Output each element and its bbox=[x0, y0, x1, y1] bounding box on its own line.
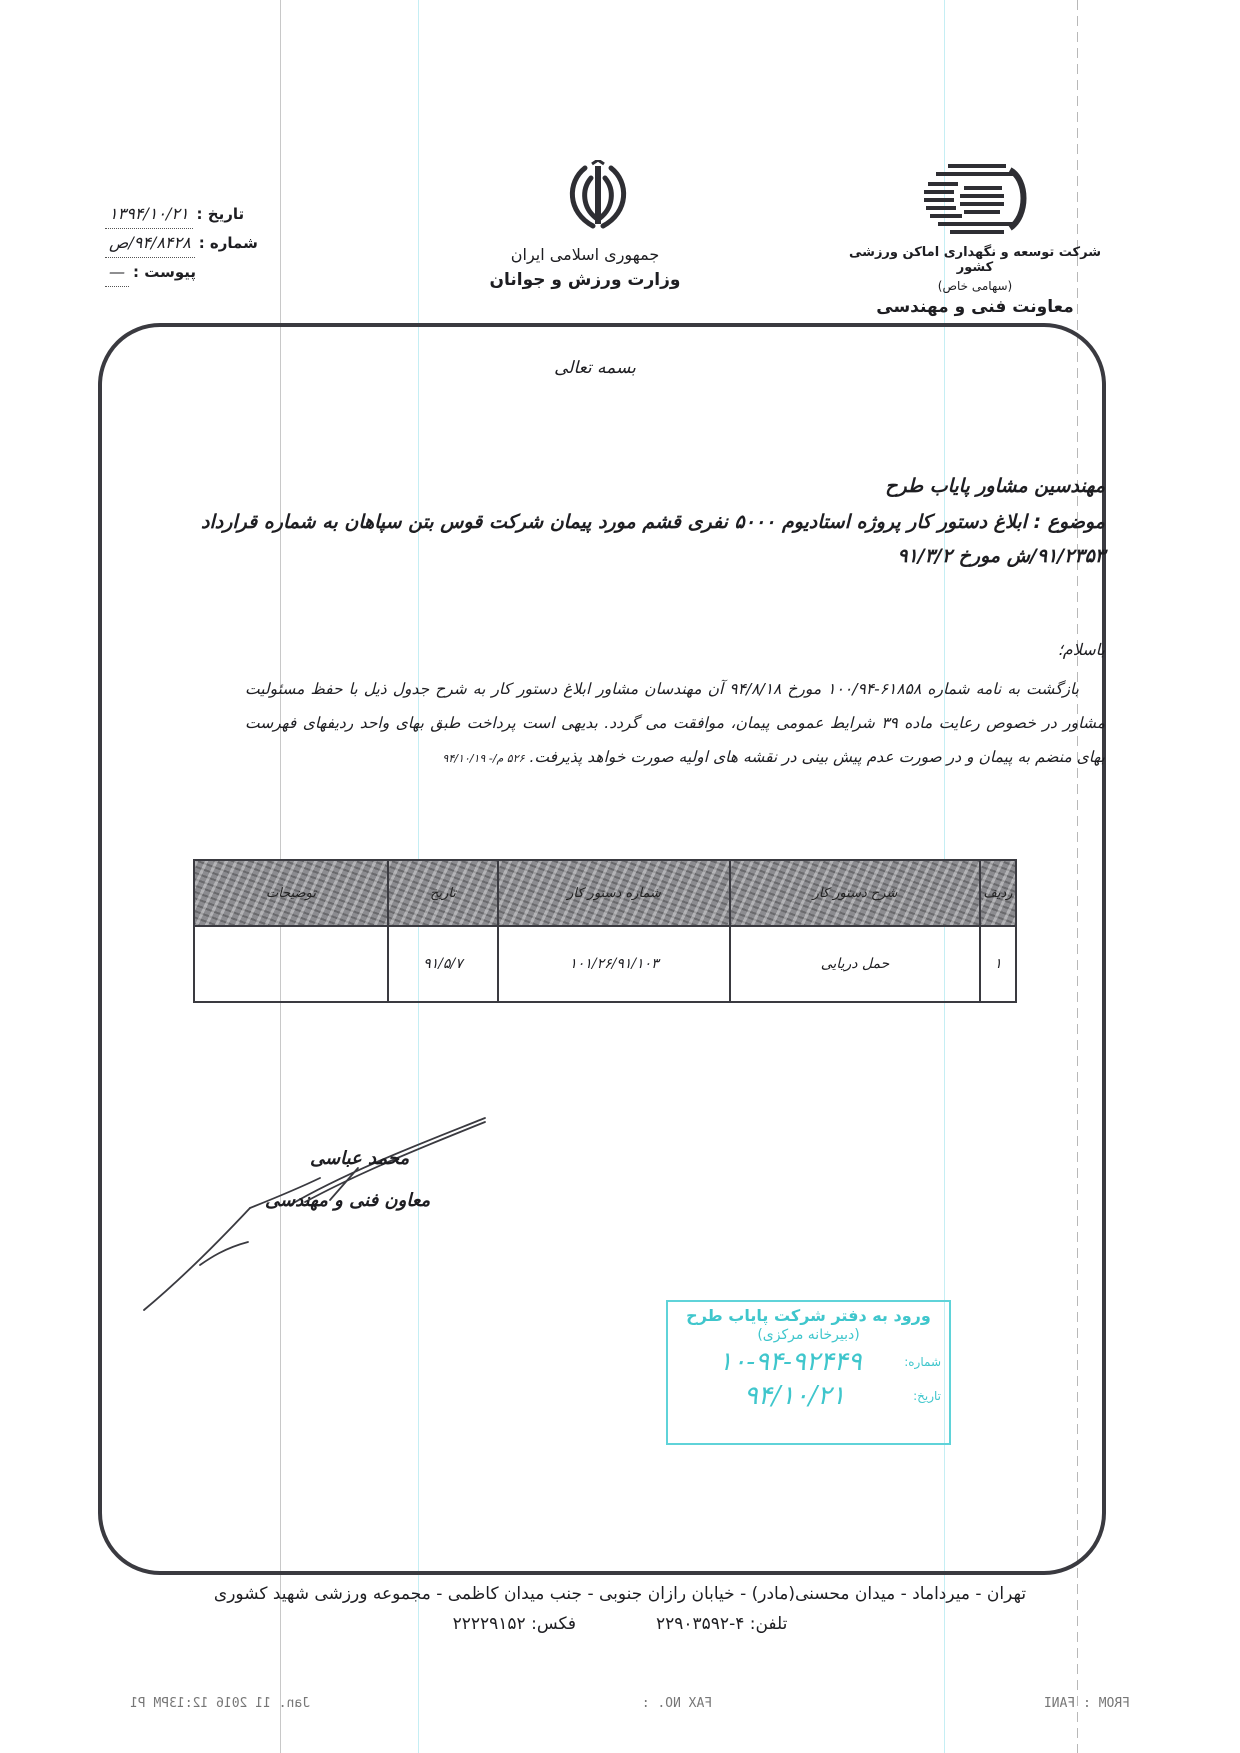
stamp-title: ورود به دفتر شرکت پایاب طرح bbox=[668, 1306, 949, 1325]
attachment-value: — bbox=[105, 258, 129, 287]
date-value: ۱۳۹۴/۱۰/۲۱ bbox=[105, 200, 193, 229]
number-label: شماره : bbox=[199, 229, 258, 257]
number-row: شماره : ۹۴/۸۴۲۸/ص bbox=[105, 229, 305, 258]
republic-name: جمهوری اسلامی ایران bbox=[470, 245, 700, 264]
greeting: باسلام؛ bbox=[1058, 640, 1105, 659]
stamp-number-label: شماره: bbox=[904, 1355, 941, 1369]
footer-contact: تلفن: ۴-۲۲۹۰۳۵۹۲ فکس: ۲۲۲۲۹۱۵۲ bbox=[150, 1614, 1090, 1634]
work-order-table: ردیف شرح دستور کار شماره دستور کار تاریخ… bbox=[193, 859, 1017, 1003]
addressee: مهندسین مشاور پایاب طرح bbox=[885, 475, 1105, 497]
signature-stroke-icon bbox=[130, 1110, 510, 1320]
date-row: تاریخ : ۱۳۹۴/۱۰/۲۱ bbox=[105, 200, 305, 229]
stamp-number-row: شماره: ۱۰-۹۴-۹۲۴۴۹ bbox=[668, 1347, 949, 1377]
fax-number: FAX NO. : bbox=[642, 1696, 712, 1711]
attachment-row: پیوست : — bbox=[105, 258, 305, 287]
letter-meta: تاریخ : ۱۳۹۴/۱۰/۲۱ شماره : ۹۴/۸۴۲۸/ص پیو… bbox=[105, 200, 305, 287]
signatory-title: معاون فنی و مهندسی bbox=[265, 1190, 430, 1211]
fax-timestamp: Jan. 11 2016 12:13PM P1 bbox=[130, 1696, 310, 1711]
footer-fax: فکس: ۲۲۲۲۹۱۵۲ bbox=[453, 1614, 576, 1634]
stamp-date-value: ۹۴/۱۰/۲۱ bbox=[676, 1381, 913, 1411]
stamp-date-row: تاریخ: ۹۴/۱۰/۲۱ bbox=[668, 1381, 949, 1411]
stamp-number-value: ۱۰-۹۴-۹۲۴۴۹ bbox=[676, 1347, 904, 1377]
cell-notes bbox=[194, 926, 388, 1002]
fax-from: FROM : FANI bbox=[1044, 1696, 1130, 1711]
col-header-date: تاریخ bbox=[388, 860, 498, 926]
bismillah: بسمه تعالی bbox=[520, 358, 670, 378]
iran-emblem-icon bbox=[563, 160, 633, 235]
footer-address: تهران - میرداماد - میدان محسنی(مادر) - خ… bbox=[150, 1584, 1090, 1604]
handwritten-note: ۵۲۶ م/- ۹۴/۱۰/۱۹ bbox=[442, 752, 524, 765]
col-header-notes: توضیحات bbox=[194, 860, 388, 926]
company-type: (سهامی خاص) bbox=[845, 279, 1105, 293]
date-label: تاریخ : bbox=[197, 200, 245, 228]
col-header-row-number: ردیف bbox=[980, 860, 1016, 926]
attachment-label: پیوست : bbox=[133, 258, 196, 286]
fax-header-mirrored: FROM : FANI FAX NO. : Jan. 11 2016 12:13… bbox=[130, 1696, 1130, 1711]
company-name: شرکت توسعه و نگهداری اماکن ورزشی کشور bbox=[845, 245, 1105, 275]
government-caption: جمهوری اسلامی ایران وزارت ورزش و جوانان bbox=[470, 245, 700, 290]
stamp-subtitle: (دبیرخانه مرکزی) bbox=[668, 1327, 949, 1343]
table-header-row: ردیف شرح دستور کار شماره دستور کار تاریخ… bbox=[194, 860, 1016, 926]
ministry-name: وزارت ورزش و جوانان bbox=[470, 270, 700, 290]
signatory-name: محمد عباسی bbox=[310, 1148, 409, 1169]
number-value: ۹۴/۸۴۲۸/ص bbox=[105, 229, 195, 258]
col-header-description: شرح دستور کار bbox=[730, 860, 980, 926]
table-row: ۱ حمل دریایی ۱۰۱/۲۶/۹۱/۱۰۳ ۹۱/۵/۷ bbox=[194, 926, 1016, 1002]
department-name: معاونت فنی و مهندسی bbox=[845, 297, 1105, 317]
cell-row-number: ۱ bbox=[980, 926, 1016, 1002]
company-logo-icon bbox=[918, 160, 1028, 236]
cell-description: حمل دریایی bbox=[730, 926, 980, 1002]
col-header-order-number: شماره دستور کار bbox=[498, 860, 730, 926]
stamp-date-label: تاریخ: bbox=[913, 1389, 941, 1403]
subject: موضوع : ابلاغ دستور کار پروژه استادیوم ۵… bbox=[185, 505, 1105, 573]
cell-date: ۹۱/۵/۷ bbox=[388, 926, 498, 1002]
letter-body: بازگشت به نامه شماره ۶۱۸۵۸-۱۰۰/۹۴ مورخ ۹… bbox=[245, 672, 1105, 776]
footer: تهران - میرداماد - میدان محسنی(مادر) - خ… bbox=[150, 1584, 1090, 1634]
company-caption: شرکت توسعه و نگهداری اماکن ورزشی کشور (س… bbox=[845, 245, 1105, 317]
footer-phone: تلفن: ۴-۲۲۹۰۳۵۹۲ bbox=[656, 1614, 787, 1634]
received-stamp: ورود به دفتر شرکت پایاب طرح (دبیرخانه مر… bbox=[666, 1300, 951, 1445]
body-paragraph: بازگشت به نامه شماره ۶۱۸۵۸-۱۰۰/۹۴ مورخ ۹… bbox=[245, 680, 1105, 766]
cell-order-number: ۱۰۱/۲۶/۹۱/۱۰۳ bbox=[498, 926, 730, 1002]
